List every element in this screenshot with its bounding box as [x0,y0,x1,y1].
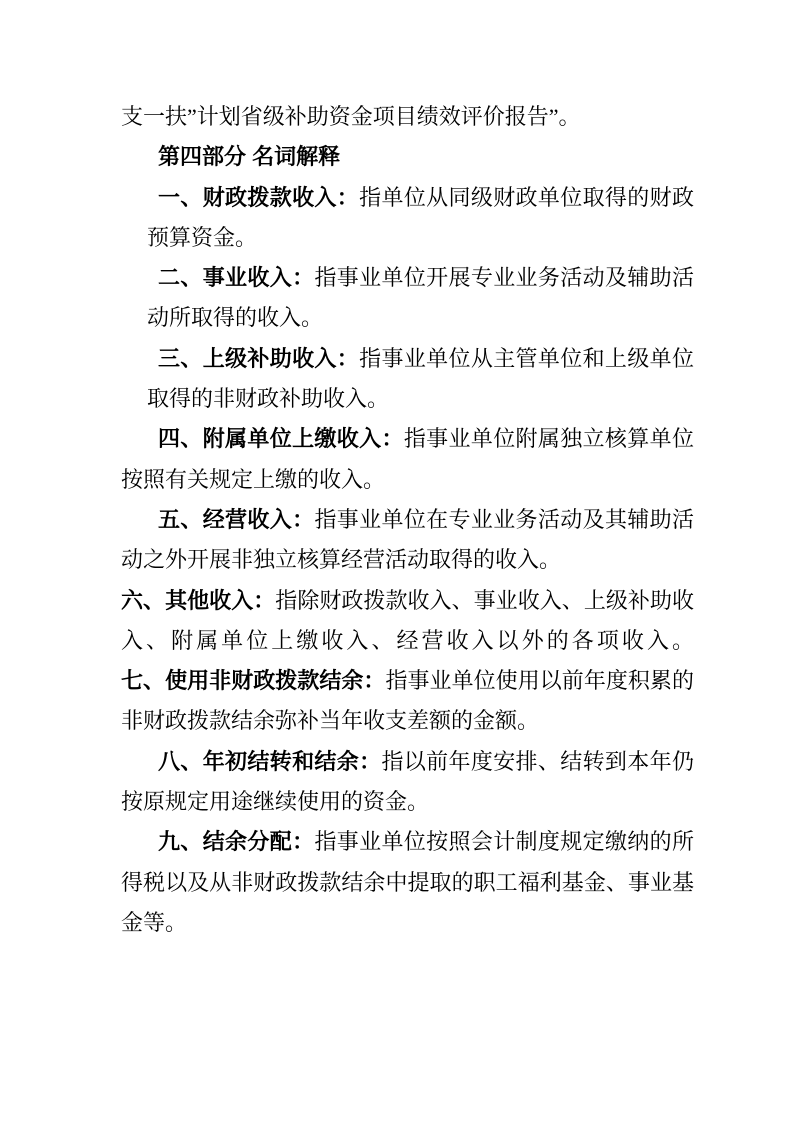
text-segment: 指除财政拨款收入、事业收入、上级补助收 [275,588,694,613]
text-segment: 预算资金。 [147,225,257,250]
text-segment: 得税以及从非财政拨款结余中提取的职工福利基金、事业基 [121,870,694,895]
paragraph-tail-line: 支一扶”计划省级补助资金项目绩效评价报告”。 [121,97,694,137]
term-line-6-cont: 入、附属单位上缴收入、经营收入以外的各项收入。 [121,621,694,661]
term-label: 六、其他收入： [121,588,275,613]
text-segment: 指事业单位在专业业务活动及其辅助活 [314,507,694,532]
text-segment: 指以前年度安排、结转到本年仍 [381,749,694,774]
term-line-6: 六、其他收入：指除财政拨款收入、事业收入、上级补助收 [121,581,694,621]
term-line-8-cont: 按原规定用途继续使用的资金。 [121,782,694,822]
term-line-1-cont: 预算资金。 [121,218,694,258]
term-label: 三、上级补助收入： [158,346,359,371]
term-label: 二、事业收入： [158,265,314,290]
document-page: 支一扶”计划省级补助资金项目绩效评价报告”。第四部分 名词解释一、财政拨款收入：… [0,0,793,1122]
term-line-9-cont: 得税以及从非财政拨款结余中提取的职工福利基金、事业基 [121,863,694,903]
term-line-9: 九、结余分配：指事业单位按照会计制度规定缴纳的所 [121,822,694,862]
text-segment: 指事业单位从主管单位和上级单位 [359,346,694,371]
text-segment: 入、附属单位上缴收入、经营收入以外的各项收入。 [121,628,694,653]
text-segment: 指事业单位按照会计制度规定缴纳的所 [314,829,694,854]
term-label: 五、经营收入： [158,507,314,532]
text-segment: 指事业单位开展专业业务活动及辅助活 [314,265,694,290]
text-segment: 指事业单位使用以前年度积累的 [385,668,694,693]
text-segment: 取得的非财政补助收入。 [147,386,389,411]
term-line-2: 二、事业收入：指事业单位开展专业业务活动及辅助活 [121,258,694,298]
text-segment: 按照有关规定上缴的收入。 [121,467,385,492]
term-line-1: 一、财政拨款收入：指单位从同级财政单位取得的财政 [121,178,694,218]
text-segment: 支一扶”计划省级补助资金项目绩效评价报告”。 [121,104,581,129]
section-heading: 第四部分 名词解释 [121,137,694,177]
term-line-3: 三、上级补助收入：指事业单位从主管单位和上级单位 [121,339,694,379]
term-line-3-cont: 取得的非财政补助收入。 [121,379,694,419]
text-segment: 非财政拨款结余弥补当年收支差额的金额。 [121,708,539,733]
term-line-7: 七、使用非财政拨款结余：指事业单位使用以前年度积累的 [121,661,694,701]
term-label: 七、使用非财政拨款结余： [121,668,385,693]
term-line-4: 四、附属单位上缴收入：指事业单位附属独立核算单位 [121,419,694,459]
text-segment: 金等。 [121,910,187,935]
text-segment: 指单位从同级财政单位取得的财政 [359,185,694,210]
term-line-8: 八、年初结转和结余：指以前年度安排、结转到本年仍 [121,742,694,782]
term-line-9-end: 金等。 [121,903,694,943]
text-segment: 按原规定用途继续使用的资金。 [121,789,429,814]
text-block: 支一扶”计划省级补助资金项目绩效评价报告”。第四部分 名词解释一、财政拨款收入：… [121,97,694,943]
term-label: 一、财政拨款收入： [158,185,359,210]
text-segment: 指事业单位附属独立核算单位 [404,426,694,451]
term-line-7-cont: 非财政拨款结余弥补当年收支差额的金额。 [121,701,694,741]
term-line-5: 五、经营收入：指事业单位在专业业务活动及其辅助活 [121,500,694,540]
term-line-2-cont: 动所取得的收入。 [121,298,694,338]
text-segment: 动所取得的收入。 [147,305,323,330]
term-label: 九、结余分配： [158,829,314,854]
term-label: 八、年初结转和结余： [158,749,381,774]
text-segment: 动之外开展非独立核算经营活动取得的收入。 [121,547,561,572]
term-label: 第四部分 名词解释 [158,144,340,169]
term-label: 四、附属单位上缴收入： [158,426,404,451]
term-line-4-cont: 按照有关规定上缴的收入。 [121,460,694,500]
term-line-5-cont: 动之外开展非独立核算经营活动取得的收入。 [121,540,694,580]
